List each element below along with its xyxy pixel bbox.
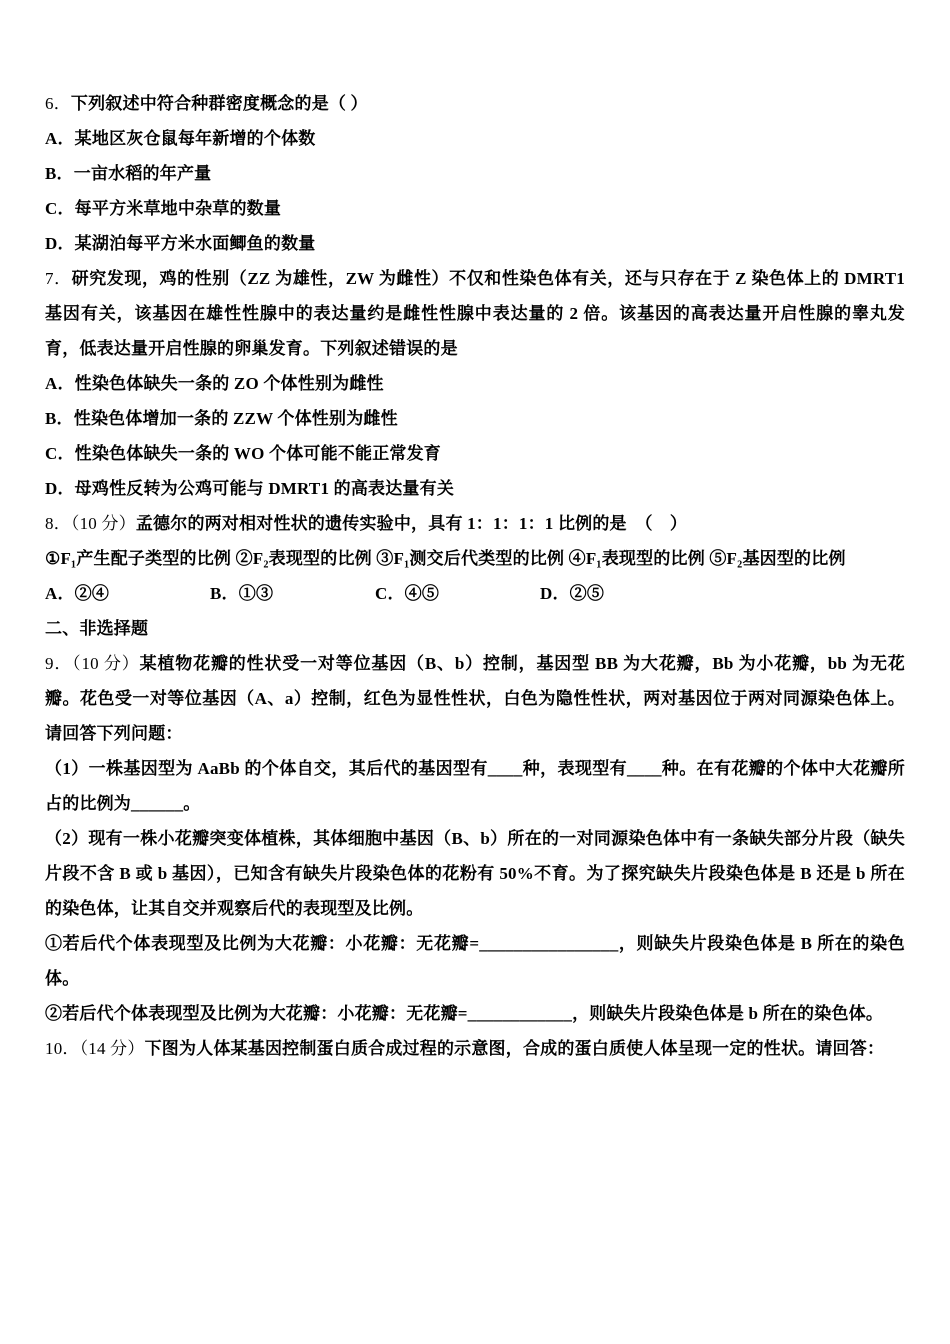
question-7-option-b: B．性染色体增加一条的 ZZW 个体性别为雌性 <box>45 401 905 436</box>
question-8-option-c: C．④⑤ <box>375 576 540 611</box>
question-10-stem: 10．（14 分）下图为人体某基因控制蛋白质合成过程的示意图，合成的蛋白质使人体… <box>45 1031 905 1066</box>
question-6-option-a: A．某地区灰仓鼠每年新增的个体数 <box>45 121 905 156</box>
question-9-conclusion-1: ①若后代个体表现型及比例为大花瓣：小花瓣：无花瓣=_______________… <box>45 926 905 996</box>
question-7-option-c: C．性染色体缺失一条的 WO 个体可能不能正常发育 <box>45 436 905 471</box>
question-7-stem: 7．研究发现，鸡的性别（ZZ 为雄性，ZW 为雌性）不仅和性染色体有关，还与只存… <box>45 261 905 366</box>
question-6: 6．下列叙述中符合种群密度概念的是（ ） A．某地区灰仓鼠每年新增的个体数 B．… <box>45 86 905 261</box>
question-7-stem-text: 研究发现，鸡的性别（ZZ 为雄性，ZW 为雌性）不仅和性染色体有关，还与只存在于… <box>45 269 905 358</box>
question-8-stem: 8．（10 分）孟德尔的两对相对性状的遗传实验中，具有 1：1：1：1 比例的是… <box>45 506 905 541</box>
question-6-stem: 6．下列叙述中符合种群密度概念的是（ ） <box>45 86 905 121</box>
question-7-option-d: D．母鸡性反转为公鸡可能与 DMRT1 的高表达量有关 <box>45 471 905 506</box>
question-10: 10．（14 分）下图为人体某基因控制蛋白质合成过程的示意图，合成的蛋白质使人体… <box>45 1031 905 1066</box>
question-9-stem: 9．（10 分）某植物花瓣的性状受一对等位基因（B、b）控制，基因型 BB 为大… <box>45 646 905 751</box>
question-7-option-a: A．性染色体缺失一条的 ZO 个体性别为雌性 <box>45 366 905 401</box>
question-10-stem-text: 下图为人体某基因控制蛋白质合成过程的示意图，合成的蛋白质使人体呈现一定的性状。请… <box>145 1039 885 1058</box>
question-8-options: A．②④B．①③C．④⑤D．②⑤ <box>45 576 905 611</box>
question-9-part1: （1）一株基因型为 AaBb 的个体自交，其后代的基因型有____种，表现型有_… <box>45 751 905 821</box>
question-9-stem-text: 某植物花瓣的性状受一对等位基因（B、b）控制，基因型 BB 为大花瓣，Bb 为小… <box>45 654 905 743</box>
question-10-number: 10．（14 分） <box>45 1039 145 1058</box>
question-8-option-d: D．②⑤ <box>540 576 604 611</box>
question-8-option-a: A．②④ <box>45 576 210 611</box>
question-7: 7．研究发现，鸡的性别（ZZ 为雄性，ZW 为雌性）不仅和性染色体有关，还与只存… <box>45 261 905 506</box>
question-6-stem-text: 下列叙述中符合种群密度概念的是（ ） <box>71 94 368 113</box>
exam-page: 6．下列叙述中符合种群密度概念的是（ ） A．某地区灰仓鼠每年新增的个体数 B．… <box>0 0 950 1344</box>
question-8-option-b: B．①③ <box>210 576 375 611</box>
question-9-part2: （2）现有一株小花瓣突变体植株，其体细胞中基因（B、b）所在的一对同源染色体中有… <box>45 821 905 926</box>
question-6-option-c: C．每平方米草地中杂草的数量 <box>45 191 905 226</box>
question-6-option-b: B．一亩水稻的年产量 <box>45 156 905 191</box>
question-9-conclusion-2: ②若后代个体表现型及比例为大花瓣：小花瓣：无花瓣=____________，则缺… <box>45 996 905 1031</box>
question-9-number: 9．（10 分） <box>45 654 140 673</box>
question-6-number: 6． <box>45 94 71 113</box>
question-7-number: 7． <box>45 269 72 288</box>
question-8-items: ①F₁产生配子类型的比例 ②F₂表现型的比例 ③F₁测交后代类型的比例 ④F₁表… <box>45 541 905 576</box>
question-9: 9．（10 分）某植物花瓣的性状受一对等位基因（B、b）控制，基因型 BB 为大… <box>45 646 905 1031</box>
question-8-number: 8．（10 分） <box>45 514 136 533</box>
question-8: 8．（10 分）孟德尔的两对相对性状的遗传实验中，具有 1：1：1：1 比例的是… <box>45 506 905 611</box>
question-6-option-d: D．某湖泊每平方米水面鲫鱼的数量 <box>45 226 905 261</box>
section-header-non-choice: 二、非选择题 <box>45 611 905 646</box>
question-8-stem-text: 孟德尔的两对相对性状的遗传实验中，具有 1：1：1：1 比例的是 （ ） <box>136 514 687 533</box>
